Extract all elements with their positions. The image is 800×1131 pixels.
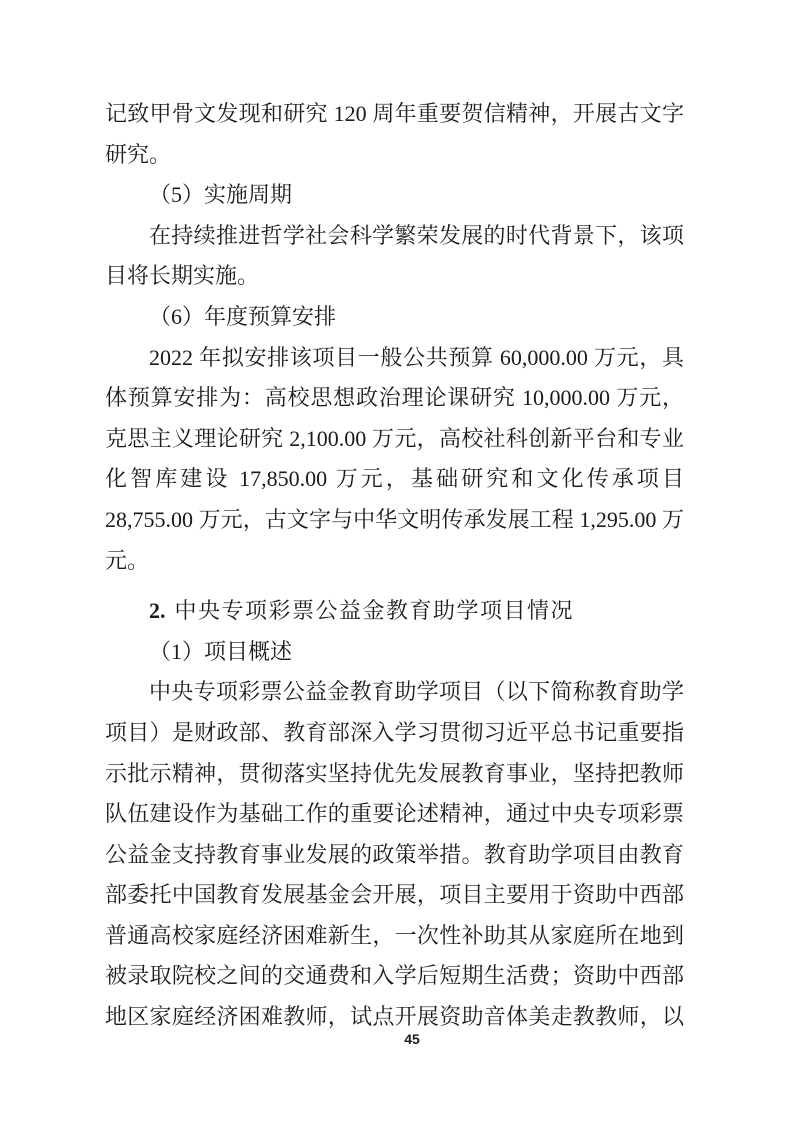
text-line: 队伍建设作为基础工作的重要论述精神，通过中央专项彩票 xyxy=(105,794,684,835)
page-number: 45 xyxy=(0,1031,800,1047)
document-page: 记致甲骨文发现和研究 120 周年重要贺信精神，开展古文字 研究。 （5）实施周… xyxy=(0,0,800,1131)
text-line: 28,755.00 万元，古文字与中华文明传承发展工程 1,295.00 万 xyxy=(105,500,684,541)
text-line: 克思主义理论研究 2,100.00 万元，高校社科创新平台和专业 xyxy=(105,419,684,460)
section-number: 2. xyxy=(149,598,166,623)
text-line: 部委托中国教育发展基金会开展，项目主要用于资助中西部 xyxy=(105,875,684,916)
text-line: 体预算安排为：高校思想政治理论课研究 10,000.00 万元，马 xyxy=(105,378,684,419)
text-line: 2022 年拟安排该项目一般公共预算 60,000.00 万元，具 xyxy=(105,338,684,379)
text-line: 示批示精神，贯彻落实坚持优先发展教育事业，坚持把教师 xyxy=(105,754,684,795)
text-line: 项目）是财政部、教育部深入学习贯彻习近平总书记重要指 xyxy=(105,713,684,754)
text-line: 元。 xyxy=(105,541,684,582)
subsection-heading-5: （5）实施周期 xyxy=(105,175,684,216)
text-line: 被录取院校之间的交通费和入学后短期生活费；资助中西部 xyxy=(105,956,684,997)
text-line: 公益金支持教育事业发展的政策举措。教育助学项目由教育 xyxy=(105,835,684,876)
text-line: 目将长期实施。 xyxy=(105,256,684,297)
text-line: 研究。 xyxy=(105,135,684,176)
text-line: 记致甲骨文发现和研究 120 周年重要贺信精神，开展古文字 xyxy=(105,94,684,135)
text-line: 化智库建设 17,850.00 万元，基础研究和文化传承项目 xyxy=(105,459,684,500)
section-heading-2: 2.中央专项彩票公益金教育助学项目情况 xyxy=(105,591,684,632)
text-line: 普通高校家庭经济困难新生，一次性补助其从家庭所在地到 xyxy=(105,916,684,957)
text-line: 在持续推进哲学社会科学繁荣发展的时代背景下，该项 xyxy=(105,216,684,257)
subsection-heading-6: （6）年度预算安排 xyxy=(105,297,684,338)
subsection-heading-1: （1）项目概述 xyxy=(105,632,684,673)
text-line: 中央专项彩票公益金教育助学项目（以下简称教育助学 xyxy=(105,672,684,713)
section-title: 中央专项彩票公益金教育助学项目情况 xyxy=(175,598,575,623)
document-body: 记致甲骨文发现和研究 120 周年重要贺信精神，开展古文字 研究。 （5）实施周… xyxy=(105,94,684,1038)
